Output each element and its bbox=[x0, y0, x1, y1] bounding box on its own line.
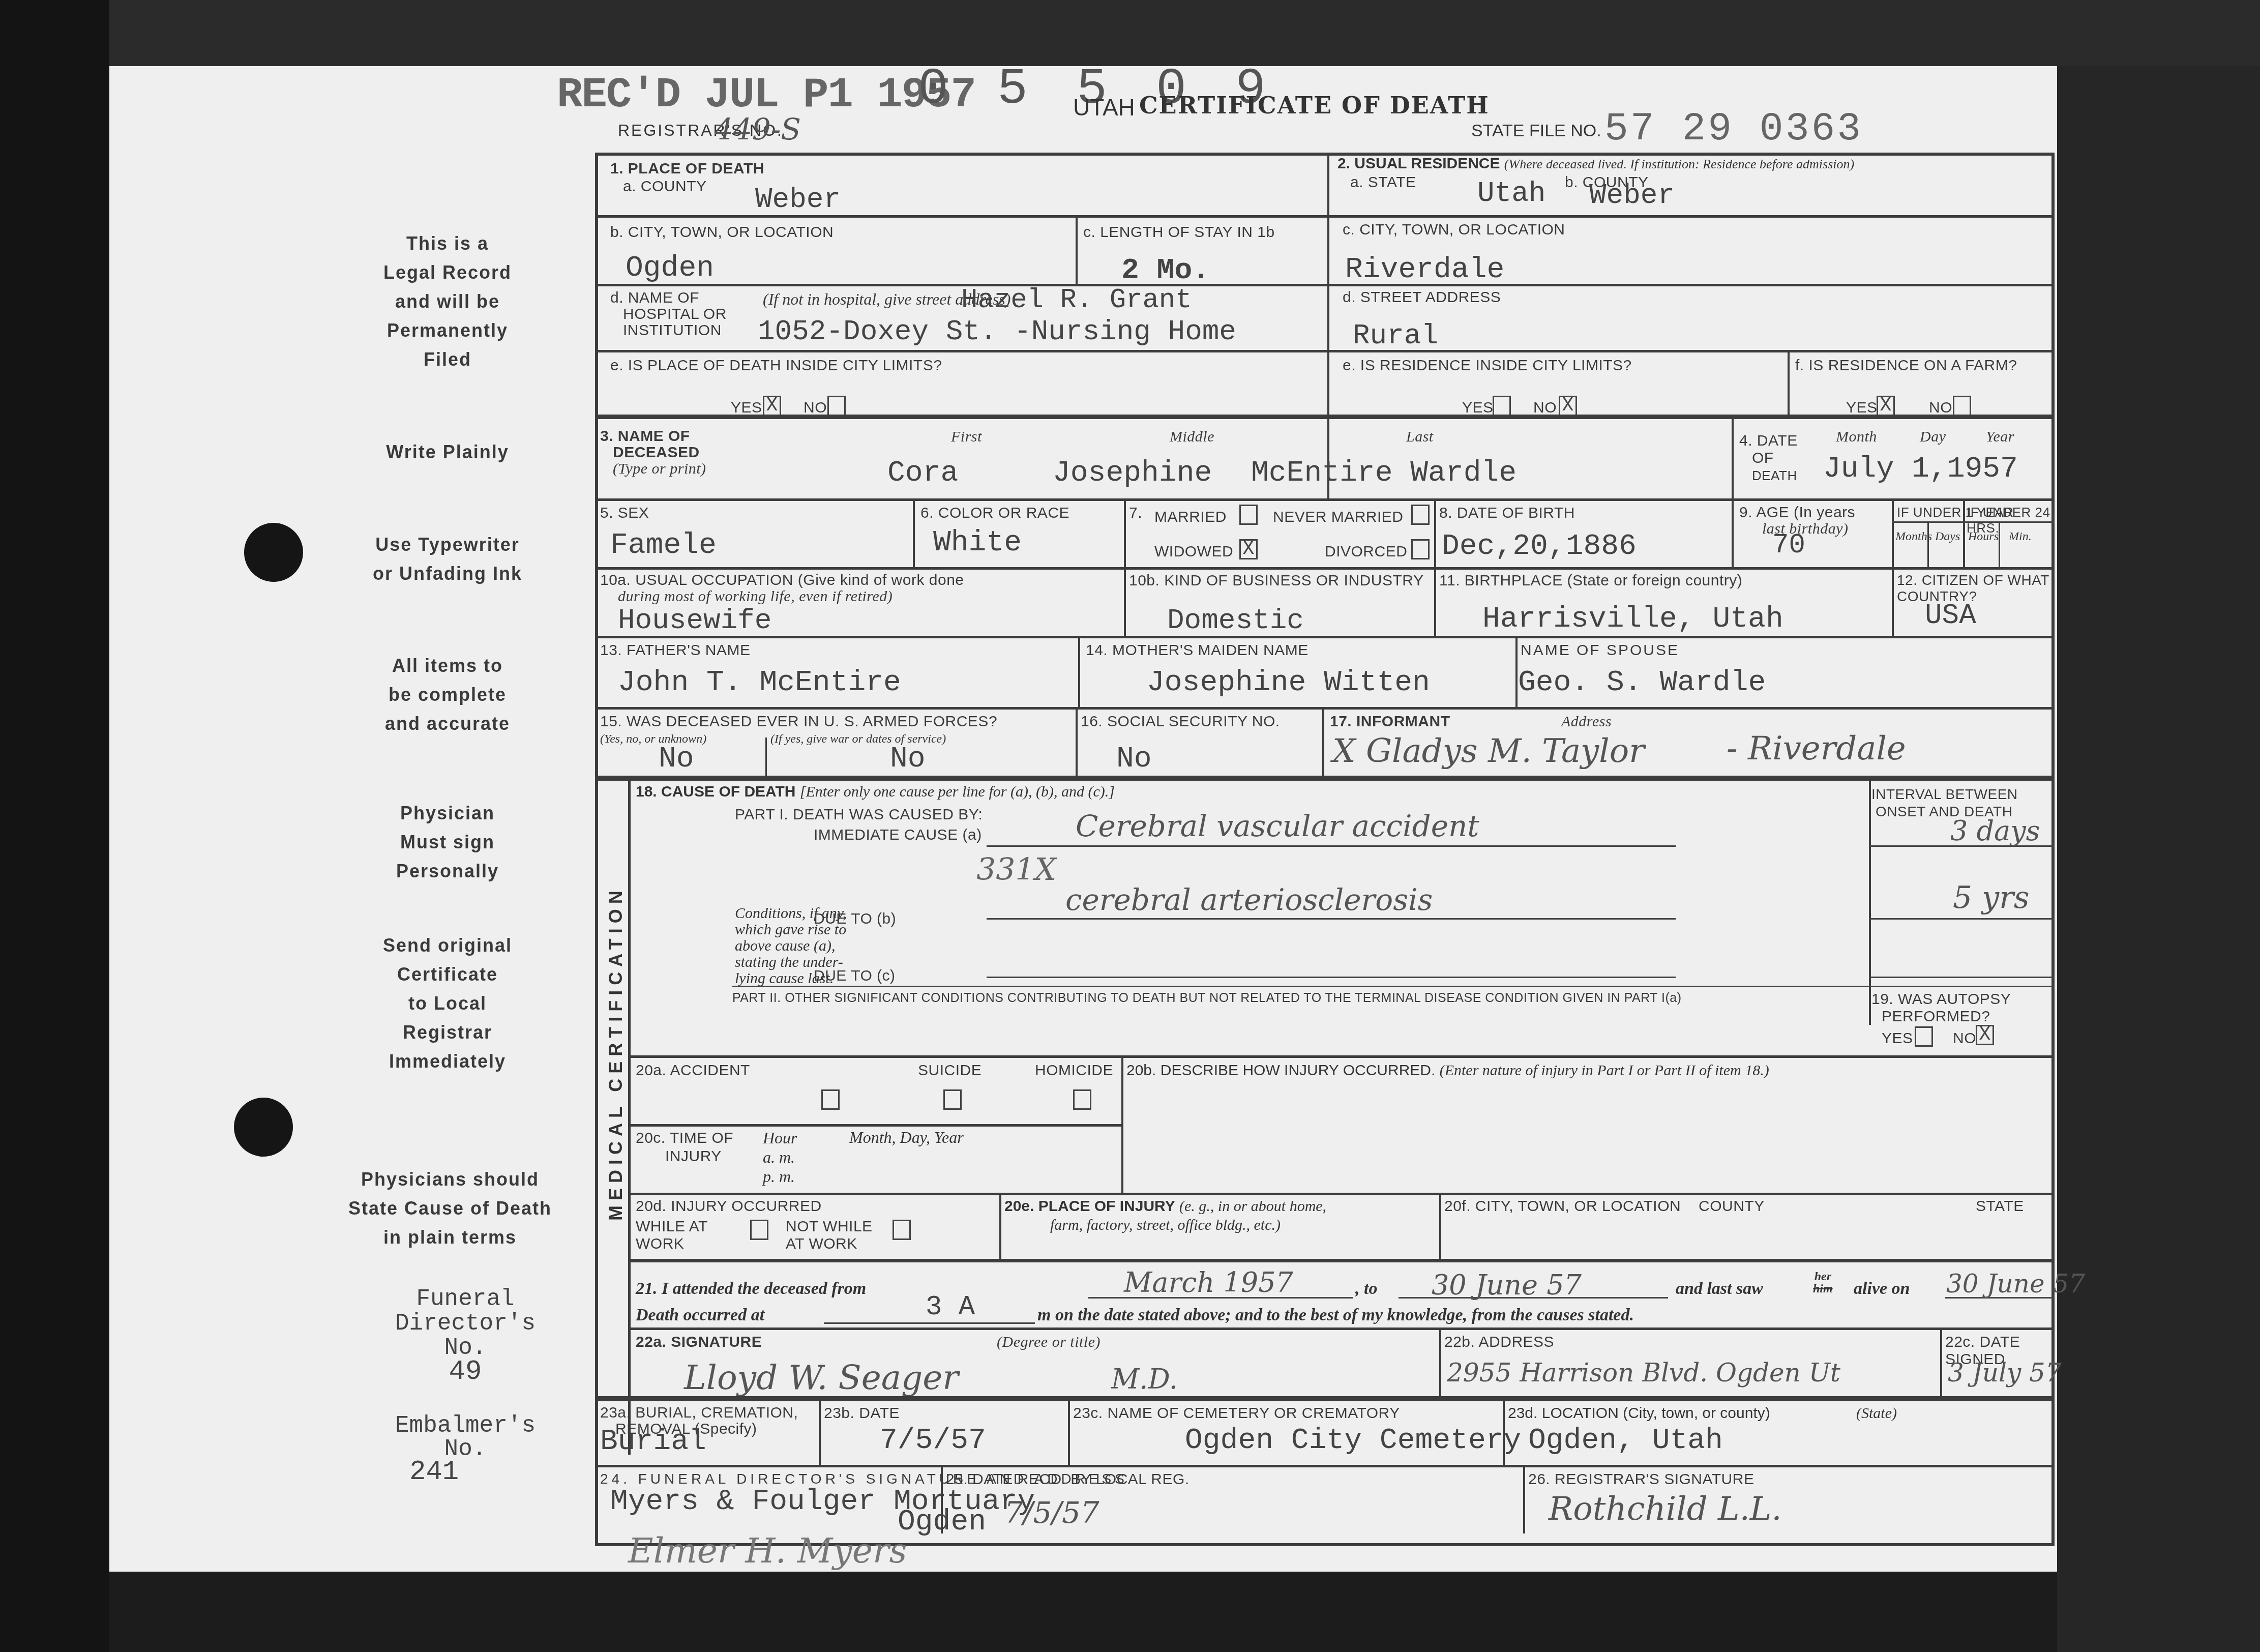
part2-label: PART II. OTHER SIGNIFICANT CONDITIONS CO… bbox=[732, 991, 1682, 1006]
notice-send-original: Send originalCertificateto LocalRegistra… bbox=[364, 931, 531, 1076]
medical-certification-label: MEDICAL CERTIFICATION bbox=[605, 886, 627, 1221]
divider bbox=[1503, 1399, 1505, 1465]
residence-inside-city-no-checkbox[interactable]: X bbox=[1559, 396, 1577, 416]
death-inside-city-no-checkbox[interactable] bbox=[827, 396, 846, 416]
notice-cause-plain-terms: Physicians shouldState Cause of Deathin … bbox=[333, 1165, 567, 1252]
divider bbox=[941, 1465, 943, 1533]
residence-street-field[interactable]: Rural bbox=[1353, 319, 1438, 352]
immediate-cause-field[interactable]: Cerebral vascular accident bbox=[1076, 809, 1479, 843]
attended-to-field[interactable]: 30 June 57 bbox=[1432, 1269, 1582, 1301]
residence-county-field[interactable]: Weber bbox=[1589, 179, 1675, 212]
place-of-injury-hint: farm, factory, street, office bldg., etc… bbox=[1050, 1217, 1281, 1234]
death-inside-city-label: e. IS PLACE OF DEATH INSIDE CITY LIMITS? bbox=[610, 357, 942, 374]
divider bbox=[595, 284, 2055, 286]
yes-label: YES bbox=[1462, 399, 1494, 417]
never-married-label: NEVER MARRIED bbox=[1273, 509, 1404, 526]
divider bbox=[628, 1193, 2055, 1195]
year-label: Year bbox=[1986, 428, 2014, 446]
cause-code-annotation: 331X bbox=[976, 852, 1056, 888]
county-label: a. COUNTY bbox=[623, 178, 707, 195]
hour-label: Hour a. m. p. m. bbox=[763, 1128, 797, 1186]
divider bbox=[595, 567, 2055, 570]
birthplace-label: 11. BIRTHPLACE (State or foreign country… bbox=[1439, 572, 1742, 589]
divider bbox=[1076, 707, 1078, 776]
deceased-name-label: 3. NAME OF DECEASED (Type or print) bbox=[600, 428, 706, 477]
due-to-b-label: DUE TO (b) bbox=[814, 910, 896, 928]
cause-a-line bbox=[987, 845, 1676, 847]
divider bbox=[595, 498, 2055, 501]
funeral-director-no: Funeral Director's No. 49 bbox=[379, 1287, 552, 1384]
scan-background-right bbox=[2057, 66, 2260, 1652]
race-label: 6. COLOR OR RACE bbox=[920, 505, 1069, 522]
yes-label: YES bbox=[1882, 1030, 1913, 1047]
date-signed-field[interactable]: 3 July 57 bbox=[1948, 1358, 2062, 1388]
location-field[interactable]: Ogden, Utah bbox=[1528, 1424, 1723, 1457]
residence-city-label: c. CITY, TOWN, OR LOCATION bbox=[1343, 221, 1565, 239]
residence-farm-label: f. IS RESIDENCE ON A FARM? bbox=[1795, 357, 2017, 374]
divider bbox=[819, 1399, 821, 1465]
punch-hole-icon bbox=[244, 523, 303, 582]
disposition-date-field[interactable]: 7/5/57 bbox=[880, 1424, 986, 1457]
months-label: Months bbox=[1895, 530, 1932, 544]
homicide-label: HOMICIDE bbox=[1035, 1062, 1113, 1079]
autopsy-label: 19. WAS AUTOPSY PERFORMED? bbox=[1871, 991, 2011, 1025]
mother-label: 14. MOTHER'S MAIDEN NAME bbox=[1086, 642, 1309, 659]
street-address-label: d. STREET ADDRESS bbox=[1343, 289, 1501, 306]
divider bbox=[1068, 1399, 1070, 1465]
min-label: Min. bbox=[2009, 530, 2032, 544]
notice-legal-record: This is aLegal Recordand will bePermanen… bbox=[364, 229, 531, 374]
date-received-label: 25. DATE RECD. BY LOCAL REG. bbox=[946, 1471, 1190, 1488]
citizen-label: 12. CITIZEN OF WHAT COUNTRY? bbox=[1897, 572, 2057, 605]
residence-state-field[interactable]: Utah bbox=[1477, 177, 1545, 210]
middle-name-label: Middle bbox=[1170, 428, 1214, 446]
immediate-cause-label: IMMEDIATE CAUSE (a) bbox=[814, 827, 982, 844]
institution-label: d. NAME OF HOSPITAL OR INSTITUTION bbox=[610, 290, 727, 339]
spouse-name-field[interactable]: Geo. S. Wardle bbox=[1518, 666, 1766, 699]
date-of-birth-label: 8. DATE OF BIRTH bbox=[1439, 505, 1575, 522]
describe-injury-field[interactable] bbox=[1132, 1088, 2047, 1185]
widowed-label: WIDOWED bbox=[1154, 543, 1233, 560]
describe-injury-label: 20b. DESCRIBE HOW INJURY OCCURRED. (Ente… bbox=[1126, 1062, 1769, 1079]
first-name-field[interactable]: Cora bbox=[887, 457, 958, 490]
married-label: MARRIED bbox=[1154, 509, 1227, 526]
service-field[interactable]: No bbox=[890, 743, 926, 776]
section-divider bbox=[595, 1396, 2055, 1401]
divider bbox=[1999, 521, 2000, 567]
place-of-death-label: 1. PLACE OF DEATH bbox=[610, 160, 764, 178]
notice-typewriter: Use Typewriteror Unfading Ink bbox=[348, 530, 547, 588]
notice-write-plainly: Write Plainly bbox=[364, 437, 531, 466]
death-county-field[interactable]: Weber bbox=[755, 183, 841, 216]
place-of-injury-label: 20e. PLACE OF INJURY (e. g., in or about… bbox=[1004, 1198, 1326, 1215]
state-file-no-value: 57 29 0363 bbox=[1604, 107, 1863, 152]
city-label: b. CITY, TOWN, OR LOCATION bbox=[610, 224, 834, 241]
attended-label: 21. I attended the deceased from bbox=[636, 1279, 866, 1299]
injury-county-label: COUNTY bbox=[1699, 1198, 1765, 1215]
residence-inside-city-yes-checkbox[interactable] bbox=[1493, 396, 1511, 416]
hours-label: Hours bbox=[1968, 530, 1999, 544]
no-label: NO bbox=[1929, 399, 1952, 417]
autopsy-yes-checkbox[interactable] bbox=[1915, 1026, 1933, 1047]
punch-hole-icon bbox=[234, 1098, 293, 1157]
race-field[interactable]: White bbox=[933, 526, 1022, 559]
death-certificate-page: REC'D JUL P1 1957 0 5 5 0 9 REGISTRAR'S … bbox=[109, 66, 2057, 1572]
divider bbox=[595, 1465, 2055, 1467]
alive-on-label: alive on bbox=[1854, 1279, 1910, 1299]
widowed-checkbox[interactable]: X bbox=[1239, 539, 1258, 559]
divider bbox=[1439, 1193, 1441, 1259]
while-at-work-label: WHILE ATWORK bbox=[636, 1218, 708, 1253]
stay-label: c. LENGTH OF STAY IN 1b bbox=[1083, 224, 1275, 241]
registrar-signature-label: 26. REGISTRAR'S SIGNATURE bbox=[1528, 1471, 1754, 1488]
divider bbox=[1523, 1465, 1525, 1533]
marital-status-label: 7. bbox=[1129, 505, 1142, 522]
autopsy-no-checkbox[interactable]: X bbox=[1976, 1025, 1994, 1045]
divider bbox=[628, 1327, 2055, 1330]
divider bbox=[999, 1193, 1001, 1259]
location-label: 23d. LOCATION (City, town, or county) bbox=[1508, 1405, 1770, 1422]
physician-address-field[interactable]: 2955 Harrison Blvd. Ogden Ut bbox=[1447, 1358, 1840, 1388]
birthplace-field[interactable]: Harrisville, Utah bbox=[1482, 603, 1783, 636]
residence-farm-no-checkbox[interactable] bbox=[1953, 396, 1971, 416]
divider bbox=[1869, 781, 1871, 1025]
divider bbox=[1869, 977, 2055, 978]
while-at-work-checkbox[interactable] bbox=[750, 1220, 768, 1240]
disposition-date-label: 23b. DATE bbox=[824, 1405, 900, 1422]
divider bbox=[628, 1124, 1121, 1127]
date-of-death-field[interactable]: July 1,1957 bbox=[1823, 453, 2018, 486]
divider bbox=[628, 1259, 2055, 1262]
residence-inside-city-label: e. IS RESIDENCE INSIDE CITY LIMITS? bbox=[1343, 357, 1632, 374]
location-state-label: (State) bbox=[1856, 1405, 1897, 1422]
residence-farm-yes-checkbox[interactable]: X bbox=[1877, 396, 1895, 416]
day-label: Day bbox=[1920, 428, 1946, 446]
death-inside-city-yes-checkbox[interactable]: X bbox=[763, 396, 781, 416]
sex-label: 5. SEX bbox=[600, 505, 649, 522]
suicide-label: SUICIDE bbox=[918, 1062, 982, 1079]
cause-b-line bbox=[987, 918, 1676, 920]
occupation-field[interactable]: Housewife bbox=[618, 604, 771, 637]
death-city-field[interactable]: Ogden bbox=[626, 252, 714, 285]
notice-physician-sign: PhysicianMust signPersonally bbox=[364, 799, 531, 886]
cause-c-line bbox=[987, 977, 1676, 978]
divider bbox=[1940, 1327, 1942, 1396]
time-of-injury-label: 20c. TIME OF INJURY bbox=[636, 1129, 733, 1166]
last-saw-date-field[interactable]: 30 June 57 bbox=[1946, 1269, 2085, 1299]
divorced-checkbox[interactable] bbox=[1411, 539, 1430, 559]
interval-a-field[interactable]: 3 days bbox=[1950, 815, 2040, 847]
divider bbox=[595, 215, 2055, 218]
married-checkbox[interactable] bbox=[1239, 505, 1258, 525]
informant-signature[interactable]: X Gladys M. Taylor bbox=[1332, 732, 1645, 770]
date-of-death-label: 4. DATE OF DEATH bbox=[1739, 432, 1798, 484]
first-name-label: First bbox=[951, 428, 982, 446]
state-label: a. STATE bbox=[1350, 174, 1416, 191]
homicide-checkbox[interactable] bbox=[1073, 1089, 1091, 1110]
informant-address-field[interactable]: - Riverdale bbox=[1727, 730, 1906, 768]
no-label: NO bbox=[804, 399, 827, 417]
burial-field[interactable]: Burial bbox=[600, 1425, 706, 1458]
spouse-label: NAME OF SPOUSE bbox=[1521, 642, 1679, 659]
father-name-field[interactable]: John T. McEntire bbox=[618, 666, 901, 699]
month-label: Month bbox=[1836, 428, 1877, 446]
embalmer-no: Embalmer's No. 241 bbox=[379, 1414, 552, 1484]
scan-background-top bbox=[109, 0, 2260, 66]
part1-label: PART I. DEATH WAS CAUSED BY: bbox=[735, 806, 983, 823]
divider bbox=[1076, 215, 1078, 284]
notice-complete: All items tobe completeand accurate bbox=[364, 651, 531, 738]
divider bbox=[1515, 636, 1518, 707]
suicide-checkbox[interactable] bbox=[943, 1089, 962, 1110]
accident-checkbox[interactable] bbox=[821, 1089, 840, 1110]
residence-city-field[interactable]: Riverdale bbox=[1345, 253, 1504, 286]
date-received-field[interactable]: 7/5/57 bbox=[1004, 1495, 1099, 1530]
father-label: 13. FATHER'S NAME bbox=[600, 642, 750, 659]
attended-from-field[interactable]: March 1957 bbox=[1124, 1266, 1293, 1299]
armed-forces-field[interactable]: No bbox=[659, 743, 694, 776]
divider bbox=[1788, 350, 1790, 415]
degree-label: (Degree or title) bbox=[997, 1334, 1101, 1351]
stay-length-field[interactable]: 2 Mo. bbox=[1121, 254, 1210, 287]
funeral-director-signature[interactable]: Elmer H. Myers bbox=[628, 1531, 907, 1571]
accident-label: 20a. ACCIDENT bbox=[636, 1062, 750, 1079]
divider bbox=[1963, 498, 1965, 567]
divorced-label: DIVORCED bbox=[1325, 543, 1407, 560]
date-of-birth-field[interactable]: Dec,20,1886 bbox=[1442, 530, 1637, 563]
registrar-no-value: 449-S bbox=[715, 112, 801, 146]
physician-signature[interactable]: Lloyd W. Seager bbox=[684, 1358, 959, 1397]
not-while-at-work-label: NOT WHILEAT WORK bbox=[786, 1218, 873, 1253]
never-married-checkbox[interactable] bbox=[1411, 505, 1430, 525]
cause-of-death-label: 18. CAUSE OF DEATH [Enter only one cause… bbox=[636, 783, 1115, 801]
injury-city-label: 20f. CITY, TOWN, OR LOCATION bbox=[1444, 1198, 1681, 1215]
state-file-no-label: STATE FILE NO. bbox=[1471, 121, 1601, 141]
physician-address-label: 22b. ADDRESS bbox=[1444, 1334, 1554, 1351]
physician-degree-field[interactable]: M.D. bbox=[1111, 1363, 1178, 1395]
divider bbox=[1322, 707, 1324, 776]
divider bbox=[765, 737, 767, 776]
no-label: NO bbox=[1533, 399, 1557, 417]
scan-background-left bbox=[0, 0, 109, 1652]
no-label: NO bbox=[1953, 1030, 1976, 1047]
registrar-signature[interactable]: Rothchild L.L. bbox=[1549, 1490, 1782, 1528]
last-name-field[interactable]: McEntire Wardle bbox=[1251, 457, 1516, 490]
divider bbox=[1869, 918, 2055, 920]
title-prefix: UTAH bbox=[1073, 94, 1135, 121]
divider bbox=[1439, 1327, 1441, 1396]
citizen-field[interactable]: USA bbox=[1925, 599, 1976, 632]
not-while-at-work-checkbox[interactable] bbox=[893, 1220, 911, 1240]
cemetery-label: 23c. NAME OF CEMETERY OR CREMATORY bbox=[1073, 1405, 1400, 1422]
medical-section-border bbox=[628, 778, 631, 1455]
injury-occurred-label: 20d. INJURY OCCURRED bbox=[636, 1198, 822, 1215]
divider bbox=[595, 350, 2055, 352]
divider bbox=[628, 1055, 2055, 1058]
armed-forces-label: 15. WAS DECEASED EVER IN U. S. ARMED FOR… bbox=[600, 713, 997, 730]
death-statement: m on the date stated above; and to the b… bbox=[1037, 1306, 1634, 1325]
divider bbox=[1121, 1055, 1123, 1193]
section-divider bbox=[595, 415, 2055, 419]
attended-to-label: , to bbox=[1355, 1279, 1377, 1299]
ssn-field[interactable]: No bbox=[1116, 743, 1152, 776]
yes-label: YES bbox=[1846, 399, 1878, 417]
age-field[interactable]: 70 bbox=[1772, 530, 1805, 561]
divider bbox=[1732, 417, 1734, 567]
yes-label: YES bbox=[731, 399, 762, 417]
informant-address-label: Address bbox=[1561, 713, 1612, 730]
industry-field[interactable]: Domestic bbox=[1167, 604, 1304, 637]
due-to-c-label: DUE TO (c) bbox=[814, 967, 896, 985]
occupation-label: 10a. USUAL OCCUPATION (Give kind of work… bbox=[600, 572, 964, 605]
institution-name-field[interactable]: Hazel R. Grant bbox=[961, 285, 1192, 316]
middle-name-field[interactable]: Josephine bbox=[1053, 457, 1212, 490]
divider bbox=[1927, 521, 1929, 567]
certificate-title: CERTIFICATE OF DEATH bbox=[1139, 92, 1490, 119]
month-day-year-label: Month, Day, Year bbox=[849, 1128, 964, 1147]
divider bbox=[1892, 521, 2055, 523]
injury-state-label: STATE bbox=[1976, 1198, 2024, 1215]
divider bbox=[595, 707, 2055, 710]
last-name-label: Last bbox=[1406, 428, 1434, 446]
divider bbox=[595, 636, 2055, 638]
interval-b-field[interactable]: 5 yrs bbox=[1953, 880, 2030, 916]
sex-field[interactable]: Famele bbox=[610, 529, 717, 562]
cemetery-field[interactable]: Ogden City Cemetery bbox=[1185, 1424, 1521, 1457]
last-saw-label: and last saw bbox=[1676, 1279, 1763, 1299]
death-occurred-label: Death occurred at bbox=[636, 1306, 764, 1325]
divider bbox=[1078, 636, 1080, 707]
institution-address-field[interactable]: 1052-Doxey St. -Nursing Home bbox=[758, 315, 1236, 348]
signature-label: 22a. SIGNATURE bbox=[636, 1334, 762, 1351]
divider bbox=[732, 986, 2055, 987]
informant-label: 17. INFORMANT bbox=[1330, 713, 1450, 730]
ssn-label: 16. SOCIAL SECURITY NO. bbox=[1081, 713, 1280, 730]
divider bbox=[913, 498, 915, 567]
section-divider bbox=[595, 776, 2055, 781]
days-label: Days bbox=[1935, 530, 1960, 544]
death-time-field[interactable]: 3 A bbox=[926, 1292, 975, 1323]
due-to-b-field[interactable]: cerebral arteriosclerosis bbox=[1065, 882, 1433, 917]
mother-name-field[interactable]: Josephine Witten bbox=[1147, 666, 1430, 699]
divider bbox=[1327, 153, 1329, 501]
usual-residence-label: 2. USUAL RESIDENCE (Where deceased lived… bbox=[1337, 155, 1854, 172]
industry-label: 10b. KIND OF BUSINESS OR INDUSTRY bbox=[1129, 572, 1423, 589]
pronoun: her him bbox=[1813, 1271, 1833, 1295]
